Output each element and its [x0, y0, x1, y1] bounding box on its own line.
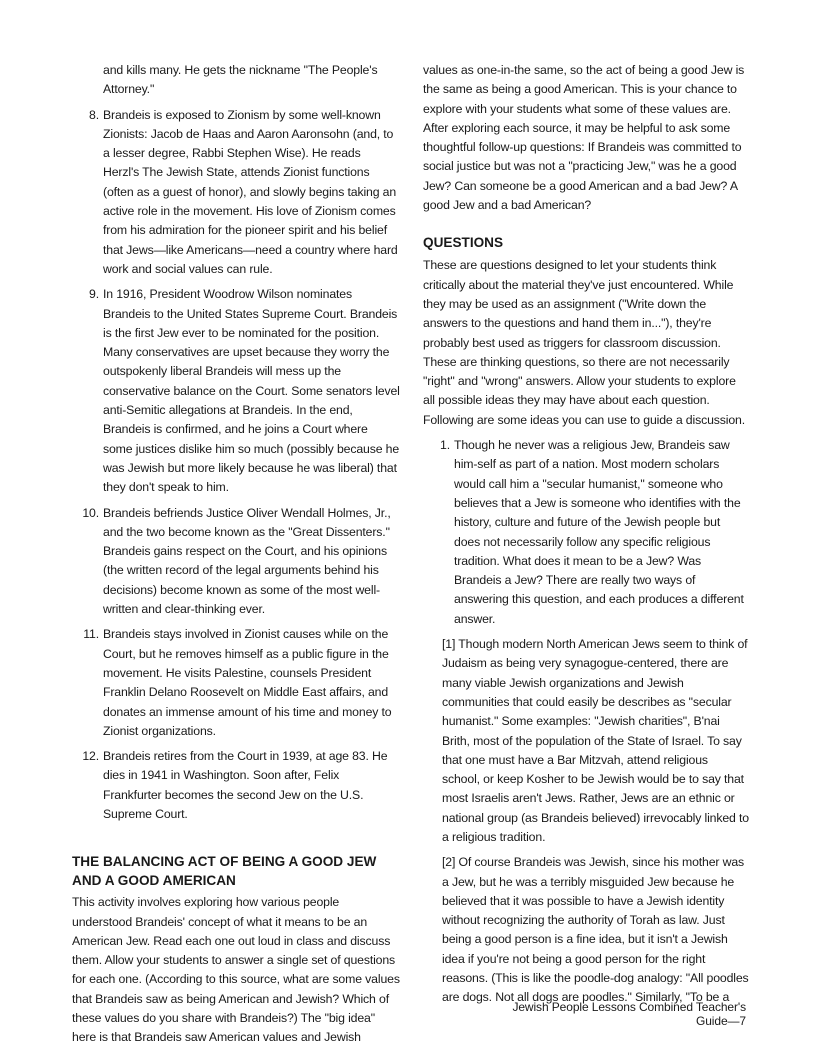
item-number: 11. — [72, 625, 99, 644]
item-number: 9. — [72, 285, 99, 304]
item-number: 8. — [72, 106, 99, 125]
timeline-item-11: 11. Brandeis stays involved in Zionist c… — [72, 625, 400, 741]
answer-option-2: [2] Of course Brandeis was Jewish, since… — [423, 853, 749, 1007]
question-number: 1. — [423, 436, 450, 455]
question-1: 1. Though he never was a religious Jew, … — [423, 436, 749, 629]
section-intro: This activity involves exploring how var… — [72, 893, 400, 1047]
right-column: values as one-in-the same, so the act of… — [423, 61, 749, 1014]
page-footer: Jewish People Lessons Combined Teacher's… — [480, 1000, 746, 1028]
answer-option-1: [1] Though modern North American Jews se… — [423, 635, 749, 847]
item-text: In 1916, President Woodrow Wilson nomina… — [103, 287, 400, 494]
timeline-item-9: 9. In 1916, President Woodrow Wilson nom… — [72, 285, 400, 497]
timeline-item-12: 12. Brandeis retires from the Court in 1… — [72, 747, 400, 824]
item-7-continuation: and kills many. He gets the nickname "Th… — [72, 61, 400, 100]
questions-list: 1. Though he never was a religious Jew, … — [423, 436, 749, 629]
timeline-item-10: 10. Brandeis befriends Justice Oliver We… — [72, 504, 400, 620]
left-column: and kills many. He gets the nickname "Th… — [72, 61, 400, 1048]
item-text: Brandeis retires from the Court in 1939,… — [103, 749, 387, 821]
timeline-item-8: 8. Brandeis is exposed to Zionism by som… — [72, 106, 400, 280]
item-number: 10. — [72, 504, 99, 523]
questions-intro: These are questions designed to let your… — [423, 256, 749, 430]
intro-continuation: values as one-in-the same, so the act of… — [423, 61, 749, 215]
item-text: Brandeis stays involved in Zionist cause… — [103, 627, 391, 737]
timeline-list: 8. Brandeis is exposed to Zionism by som… — [72, 106, 400, 825]
item-text: Brandeis befriends Justice Oliver Wendal… — [103, 506, 391, 616]
questions-heading: QUESTIONS — [423, 233, 749, 252]
item-number: 12. — [72, 747, 99, 766]
item-text: Brandeis is exposed to Zionism by some w… — [103, 108, 398, 276]
question-text: Though he never was a religious Jew, Bra… — [454, 438, 744, 626]
section-heading: THE BALANCING ACT OF BEING A GOOD JEW AN… — [72, 852, 400, 890]
